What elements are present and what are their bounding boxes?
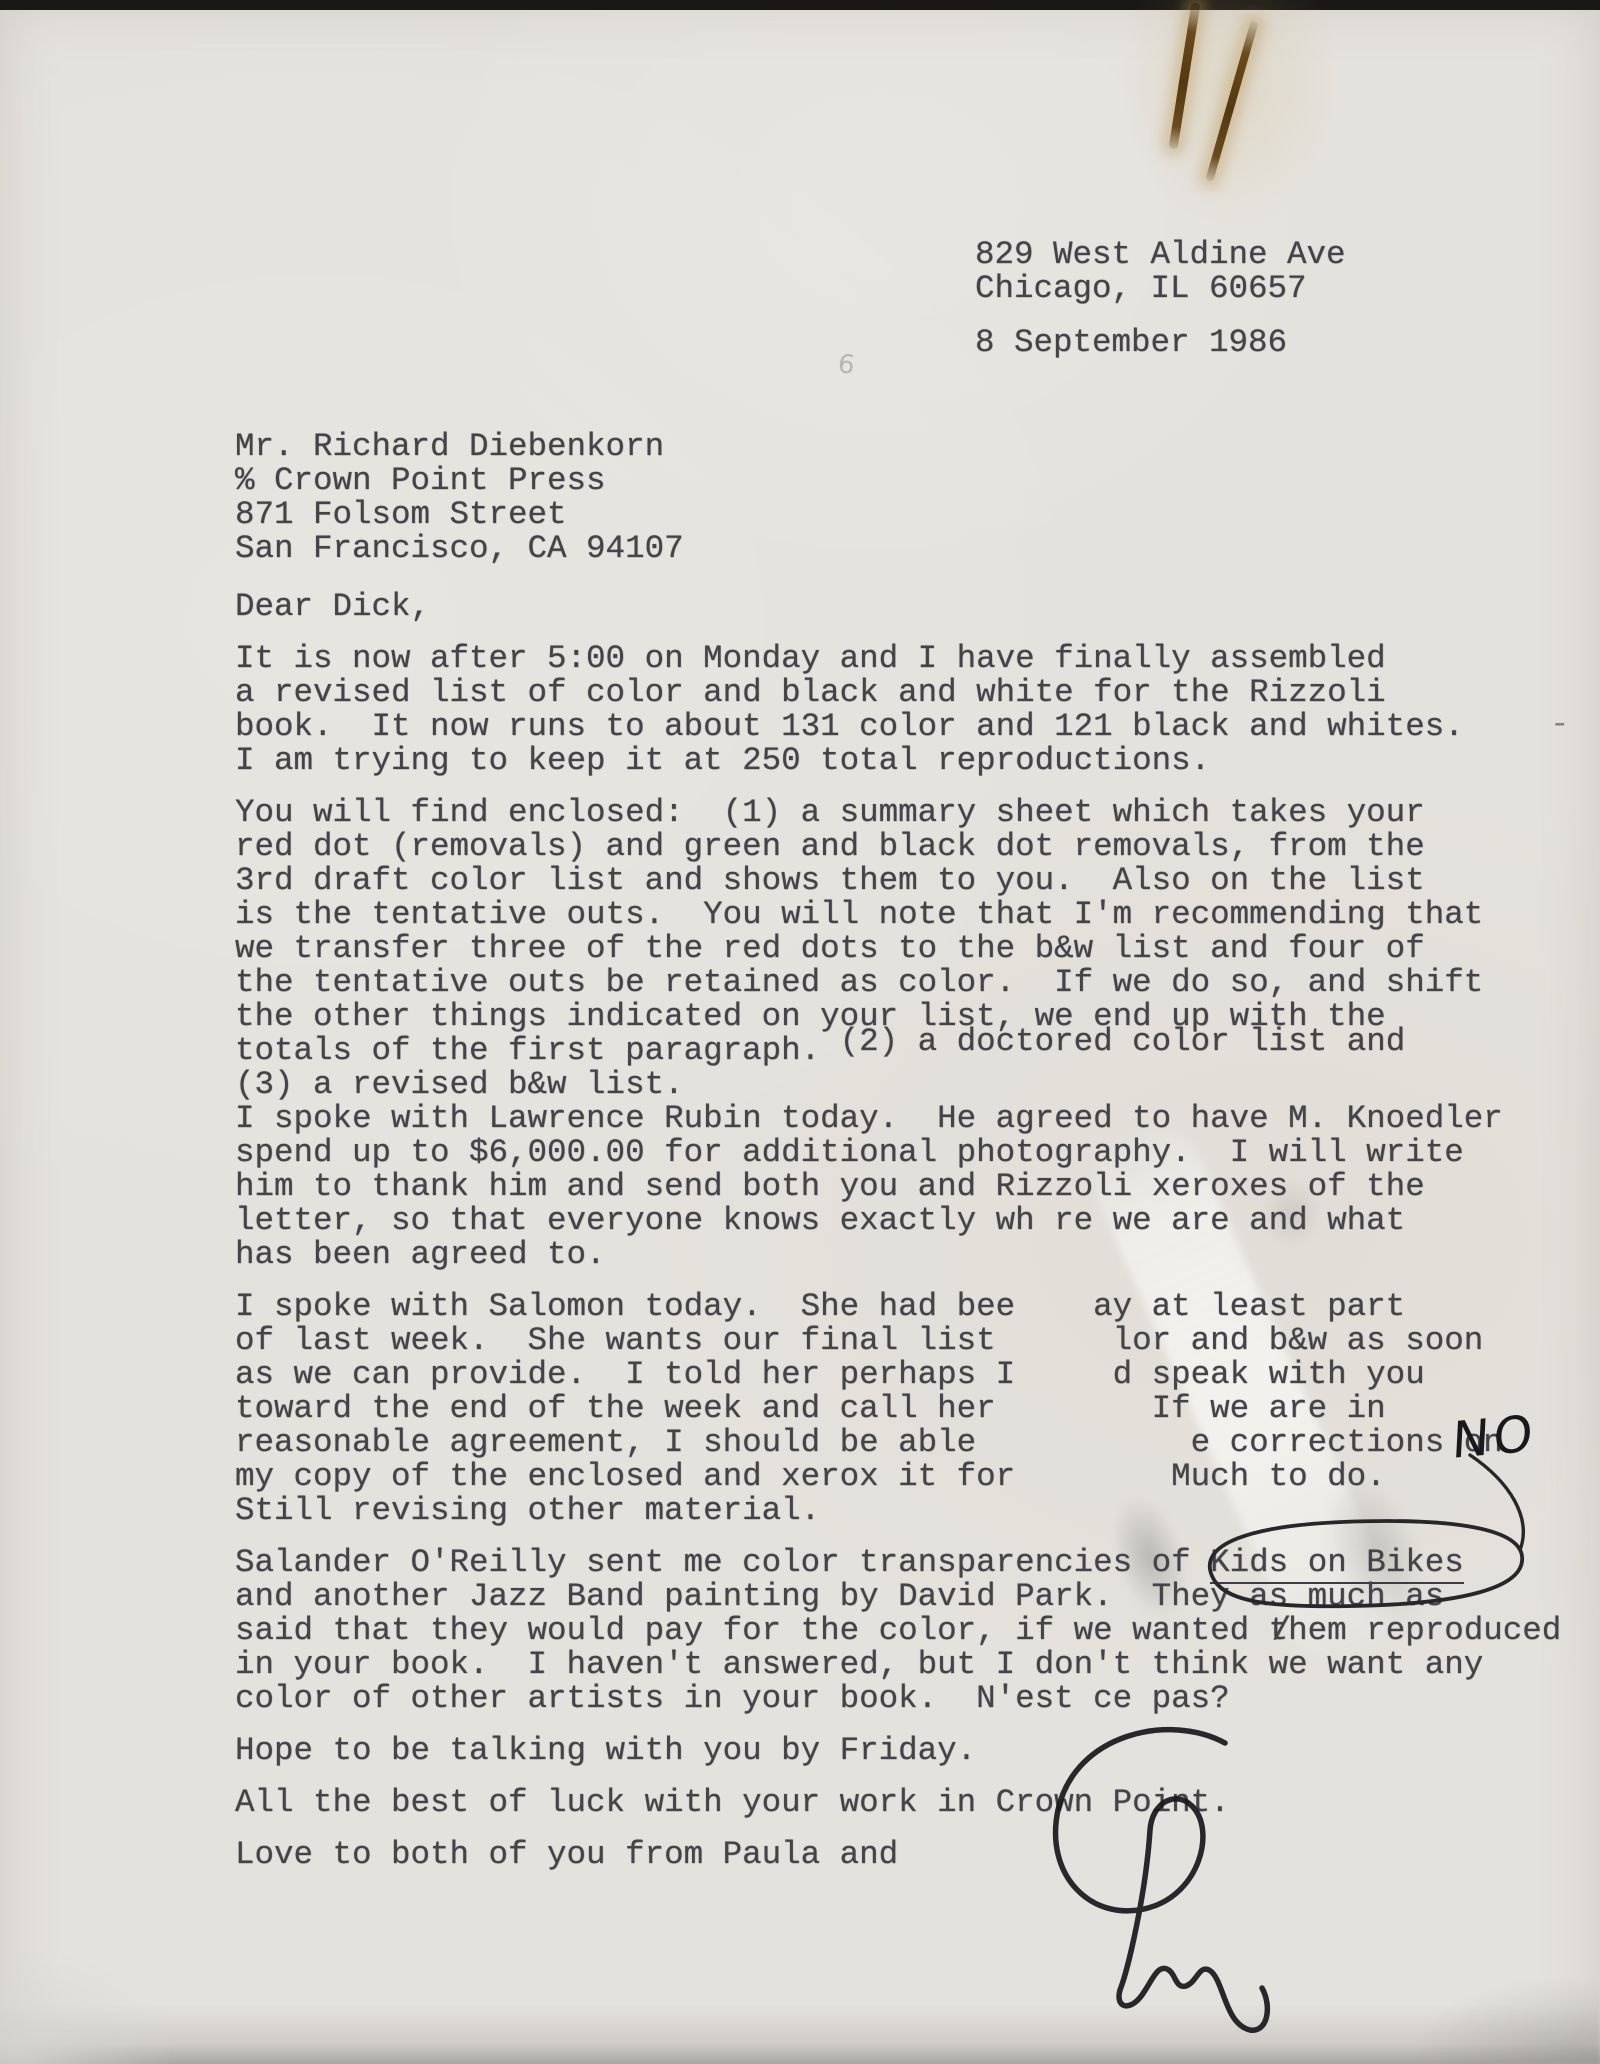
typed-line: book. It now runs to about 131 color and… (235, 710, 1561, 744)
typed-line: color of other artists in your book. N'e… (235, 1682, 1561, 1716)
salutation: Dear Dick, (235, 590, 430, 624)
handwritten-no-note: NO (1451, 1404, 1539, 1470)
typed-line: Salander O'Reilly sent me color transpar… (235, 1546, 1561, 1580)
typed-line: Hope to be talking with you by Friday. (235, 1734, 1561, 1768)
letter-paragraph: I spoke with Salomon today. She had bee … (235, 1290, 1561, 1528)
typed-line: and another Jazz Band painting by David … (235, 1580, 1561, 1614)
typed-line: totals of the first paragraph. (2) a doc… (235, 1034, 1561, 1068)
typed-line: Love to both of you from Paula and (235, 1838, 1561, 1872)
recipient-address: Mr. Richard Diebenkorn % Crown Point Pre… (235, 430, 684, 566)
typed-segment-struck: / (1272, 1614, 1292, 1648)
typed-line: You will find enclosed: (1) a summary sh… (235, 796, 1561, 830)
typed-line: the tentative outs be retained as color.… (235, 966, 1561, 1000)
typed-line: Still revising other material. (235, 1494, 1561, 1528)
typed-line: 3rd draft color list and shows them to y… (235, 864, 1561, 898)
letter-paragraph: Love to both of you from Paula and (235, 1838, 1561, 1872)
letter-paragraph: You will find enclosed: (1) a summary sh… (235, 796, 1561, 1272)
typed-line: toward the end of the week and call her … (235, 1392, 1561, 1426)
typed-line: as we can provide. I told her perhaps I … (235, 1358, 1561, 1392)
letter-paragraph: All the best of luck with your work in C… (235, 1786, 1561, 1820)
typed-line: red dot (removals) and green and black d… (235, 830, 1561, 864)
typed-line: a revised list of color and black and wh… (235, 676, 1561, 710)
typed-line: All the best of luck with your work in C… (235, 1786, 1561, 1820)
typed-line: we transfer three of the red dots to the… (235, 932, 1561, 966)
letter-paragraph: Salander O'Reilly sent me color transpar… (235, 1546, 1561, 1716)
stray-typed-dash: - (1550, 708, 1570, 742)
typed-line: spend up to $6,000.00 for additional pho… (235, 1136, 1561, 1170)
scan-corner-light (0, 1950, 170, 2064)
faint-pencil-mark: 6 (836, 349, 857, 381)
typed-segment-raised: (2) a doctored color list and (840, 1023, 1406, 1060)
typed-line: my copy of the enclosed and xerox it for… (235, 1460, 1561, 1494)
date-line: 8 September 1986 (975, 326, 1287, 360)
typed-line: is the tentative outs. You will note tha… (235, 898, 1561, 932)
letter-paragraph: It is now after 5:00 on Monday and I hav… (235, 642, 1561, 778)
typed-line: letter, so that everyone knows exactly w… (235, 1204, 1561, 1238)
typed-line: of last week. She wants our final list l… (235, 1324, 1561, 1358)
typed-line: in your book. I haven't answered, but I … (235, 1648, 1561, 1682)
typed-line: has been agreed to. (235, 1238, 1561, 1272)
typed-segment: totals of the first paragraph. (235, 1032, 840, 1069)
typed-segment: Salander O'Reilly sent me color transpar… (235, 1544, 1210, 1581)
sender-address: 829 West Aldine Ave Chicago, IL 60657 (975, 238, 1346, 306)
typed-segment: said that they would pay for the color, … (235, 1612, 1269, 1649)
typed-line: It is now after 5:00 on Monday and I hav… (235, 642, 1561, 676)
scanned-letter-page: 829 West Aldine Ave Chicago, IL 60657 8 … (0, 0, 1600, 2064)
typed-line: him to thank him and send both you and R… (235, 1170, 1561, 1204)
letter-paragraph: Hope to be talking with you by Friday. (235, 1734, 1561, 1768)
typed-line: (3) a revised b&w list. (235, 1068, 1561, 1102)
scan-bottom-edge (0, 2006, 1600, 2064)
typed-line: reasonable agreement, I should be able e… (235, 1426, 1561, 1460)
typed-segment: them reproduced (1269, 1612, 1562, 1649)
typed-line: I am trying to keep it at 250 total repr… (235, 744, 1561, 778)
typed-line: I spoke with Salomon today. She had bee … (235, 1290, 1561, 1324)
typed-line: said that they would pay for the color, … (235, 1614, 1561, 1648)
typed-line: I spoke with Lawrence Rubin today. He ag… (235, 1102, 1561, 1136)
letter-body: It is now after 5:00 on Monday and I hav… (235, 642, 1561, 1872)
scan-top-edge (0, 0, 1600, 10)
scan-corner-shadow (1420, 1980, 1600, 2064)
